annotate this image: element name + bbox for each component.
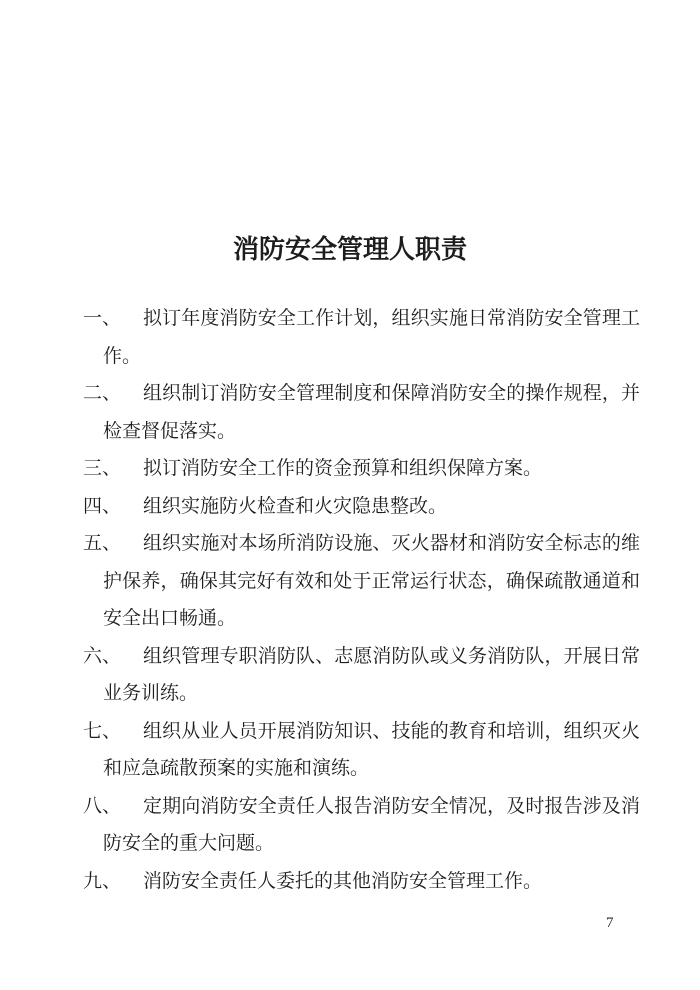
document-page: 消防安全管理人职责 一、拟订年度消防安全工作计划，组织实施日常消防安全管理工作。…: [0, 0, 700, 990]
list-item: 七、组织从业人员开展消防知识、技能的教育和培训，组织灭火和应急疏散预案的实施和演…: [103, 713, 640, 788]
item-number: 三、: [83, 450, 121, 488]
list-item: 四、组织实施防火检查和火灾隐患整改。: [103, 488, 640, 526]
item-number: 一、: [83, 300, 121, 338]
page-title: 消防安全管理人职责: [0, 229, 700, 266]
item-text: 组织实施对本场所消防设施、灭火器材和消防安全标志的维护保养，确保其完好有效和处于…: [103, 533, 640, 629]
item-text: 拟订年度消防安全工作计划，组织实施日常消防安全管理工作。: [103, 308, 640, 367]
item-number: 七、: [83, 713, 121, 751]
item-number: 八、: [83, 788, 121, 826]
item-number: 五、: [83, 525, 121, 563]
list-item: 九、消防安全责任人委托的其他消防安全管理工作。: [103, 863, 640, 901]
list-item: 二、组织制订消防安全管理制度和保障消防安全的操作规程，并检查督促落实。: [103, 375, 640, 450]
item-text: 组织从业人员开展消防知识、技能的教育和培训，组织灭火和应急疏散预案的实施和演练。: [103, 721, 640, 780]
item-number: 四、: [83, 488, 121, 526]
item-number: 九、: [83, 863, 121, 901]
list-item: 六、组织管理专职消防队、志愿消防队或义务消防队，开展日常业务训练。: [103, 638, 640, 713]
item-number: 二、: [83, 375, 121, 413]
item-text: 消防安全责任人委托的其他消防安全管理工作。: [143, 871, 542, 892]
document-body: { "page": { "title": "消防安全管理人职责", "page_…: [0, 0, 700, 990]
list-item: 五、组织实施对本场所消防设施、灭火器材和消防安全标志的维护保养，确保其完好有效和…: [103, 525, 640, 638]
item-text: 组织管理专职消防队、志愿消防队或义务消防队，开展日常业务训练。: [103, 646, 640, 705]
list-item: 八、定期向消防安全责任人报告消防安全情况，及时报告涉及消防安全的重大问题。: [103, 788, 640, 863]
item-text: 定期向消防安全责任人报告消防安全情况，及时报告涉及消防安全的重大问题。: [103, 796, 640, 855]
list-item: 三、拟订消防安全工作的资金预算和组织保障方案。: [103, 450, 640, 488]
list-item: 一、拟订年度消防安全工作计划，组织实施日常消防安全管理工作。: [103, 300, 640, 375]
page-number: 7: [606, 913, 614, 933]
item-number: 六、: [83, 638, 121, 676]
item-text: 组织制订消防安全管理制度和保障消防安全的操作规程，并检查督促落实。: [103, 383, 640, 442]
item-text: 拟订消防安全工作的资金预算和组织保障方案。: [143, 458, 542, 479]
item-text: 组织实施防火检查和火灾隐患整改。: [143, 496, 447, 517]
responsibility-list: 一、拟订年度消防安全工作计划，组织实施日常消防安全管理工作。二、组织制订消防安全…: [103, 300, 640, 900]
